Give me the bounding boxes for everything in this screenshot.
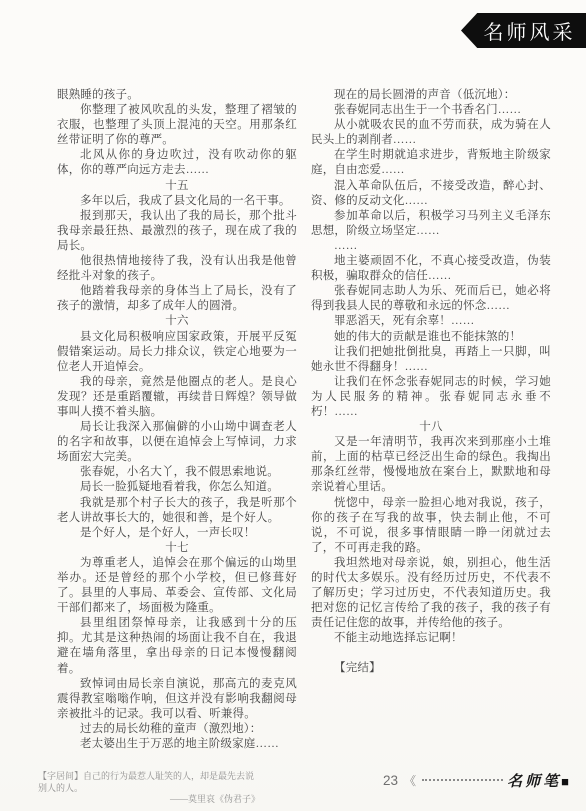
section-banner: 名师风采: [461, 13, 586, 48]
paragraph: 致悼词由局长亲自演说，那高亢的麦克风震得教室嗡嗡作响，但这并没有影响我翻阅母亲被…: [57, 677, 297, 722]
paragraph: 他踏着我母亲的身体当上了局长，没有了孩子的激情，却多了成年人的圆滑。: [57, 284, 297, 314]
section-heading: 十七: [57, 541, 297, 556]
paragraph: 参加革命以后，积极学习马列主义毛泽东思想，阶级立场坚定……: [311, 209, 551, 239]
left-column: 眼熟睡的孩子。你整理了被风吹乱的头发，整理了褶皱的衣服，也整理了头顶上混沌的天空…: [57, 88, 297, 752]
paragraph: 在学生时期就追求进步，背叛地主阶级家庭，自由恋爱……: [311, 148, 551, 178]
paragraph: 不能主动地选择忘记啊！: [311, 631, 551, 646]
paragraph: 现在的局长圆滑的声音（低沉地）：: [311, 88, 551, 103]
paragraph: 又是一年清明节，我再次来到那座小土堆前，上面的枯草已经泛出生命的绿色。我掏出那条…: [311, 435, 551, 495]
paragraph: 眼熟睡的孩子。: [57, 88, 297, 103]
footer-quote: 【字居间】自己的行为最惹人耻笑的人，却是最先去说别人的人。 ——莫里哀《伪君子》: [38, 771, 262, 806]
section-banner-label: 名师风采: [484, 16, 576, 45]
footer-pagination: 23 《 名师笔■: [383, 770, 569, 790]
paragraph: 张春妮同志助人为乐、死而后已，她必将得到我县人民的尊敬和永远的怀念……: [311, 284, 551, 314]
paragraph: 老太婆出生于万恶的地主阶级家庭……: [57, 737, 297, 752]
magazine-logo: 名师笔■: [507, 770, 569, 791]
paragraph: 局长让我深入那偏僻的小山坳中调查老人的名字和故事，以便在追悼会上写悼词，力求场面…: [57, 420, 297, 465]
magazine-logo-text: 名师笔: [507, 774, 561, 790]
paragraph: 县里组团祭悼母亲，让我感到十分的压抑。尤其是这种热闹的场面让我不自在，我退避在墙…: [57, 616, 297, 676]
paragraph: 我的母亲，竟然是他圈点的老人。是良心发现？还是重蹈覆辙，再续昔日辉煌？领导做事叫…: [57, 375, 297, 420]
article-body: 眼熟睡的孩子。你整理了被风吹乱的头发，整理了褶皱的衣服，也整理了头顶上混沌的天空…: [57, 88, 551, 752]
section-heading: 十五: [57, 179, 297, 194]
paragraph: 【完结】: [311, 661, 551, 676]
paragraph: 张春妮，小名大丫，我不假思索地说。: [57, 465, 297, 480]
paragraph: 恍惚中，母亲一脸担心地对我说，孩子，你的孩子在写我的故事，快去制止他，不可说，不…: [311, 496, 551, 556]
page-number: 23: [383, 773, 398, 788]
paragraph: 为尊重老人，追悼会在那个偏远的山坳里举办。还是曾经的那个小学校，但已修葺好了。县…: [57, 556, 297, 616]
spacer: [311, 646, 551, 661]
paragraph: ……: [311, 239, 551, 254]
section-heading: 十八: [311, 420, 551, 435]
book-mark-glyph: 《: [404, 772, 416, 789]
logo-block-icon: ■: [561, 774, 569, 789]
paragraph: 罪恶滔天，死有余辜！……: [311, 314, 551, 329]
paragraph: 你整理了被风吹乱的头发，整理了褶皱的衣服，也整理了头顶上混沌的天空。用那条红丝带…: [57, 103, 297, 148]
paragraph: 是个好人，是个好人，一声长叹！: [57, 526, 297, 541]
footer-quote-attribution: ——莫里哀《伪君子》: [38, 794, 262, 806]
paragraph: 多年以后，我成了县文化局的一名干事。: [57, 194, 297, 209]
paragraph: 报到那天，我认出了我的局长，那个批斗我母亲最狂热、最激烈的孩子，现在成了我的局长…: [57, 209, 297, 254]
paragraph: 县文化局积极响应国家政策，开展平反冤假错案运动。局长力排众议，铁定心地要为一位老…: [57, 330, 297, 375]
paragraph: 我坦然地对母亲说，娘，别担心，他生活的时代太多娱乐。没有经历过历史，不代表不了解…: [311, 556, 551, 631]
magazine-page: 名师风采 眼熟睡的孩子。你整理了被风吹乱的头发，整理了褶皱的衣服，也整理了头顶上…: [0, 0, 586, 811]
paragraph: 过去的局长幼稚的童声（激烈地）：: [57, 722, 297, 737]
paragraph: 从小就吸农民的血不劳而获，成为骑在人民头上的剥削者……: [311, 118, 551, 148]
section-heading: 十六: [57, 314, 297, 329]
paragraph: 张春妮同志出生于一个书香名门……: [311, 103, 551, 118]
paragraph: 局长一脸狐疑地看着我，你怎么知道。: [57, 480, 297, 495]
paragraph: 他很热情地接待了我，没有认出我是他曾经批斗对象的孩子。: [57, 254, 297, 284]
dotted-leader: [422, 779, 503, 781]
paragraph: 北风从你的身边吹过，没有吹动你的躯体，你的尊严向远方走去……: [57, 148, 297, 178]
paragraph: 我就是那个村子长大的孩子，我是听那个老人讲故事长大的，她很和善，是个好人。: [57, 496, 297, 526]
paragraph: 地主婆顽固不化，不真心接受改造，伪装积极，骗取群众的信任……: [311, 254, 551, 284]
paragraph: 混入革命队伍后，不接受改造，醉心封、资、修的反动文化……: [311, 179, 551, 209]
paragraph: 让我们把她批倒批臭，再踏上一只脚，叫她永世不得翻身！……: [311, 345, 551, 375]
footer-quote-text: 【字居间】自己的行为最惹人耻笑的人，却是最先去说别人的人。: [38, 771, 254, 793]
paragraph: 让我们在怀念张春妮同志的时候，学习她为人民服务的精神。张春妮同志永垂不朽！……: [311, 375, 551, 420]
paragraph: 她的伟大的贡献是谁也不能抹煞的！: [311, 330, 551, 345]
right-column: 现在的局长圆滑的声音（低沉地）：张春妮同志出生于一个书香名门……从小就吸农民的血…: [311, 88, 551, 752]
